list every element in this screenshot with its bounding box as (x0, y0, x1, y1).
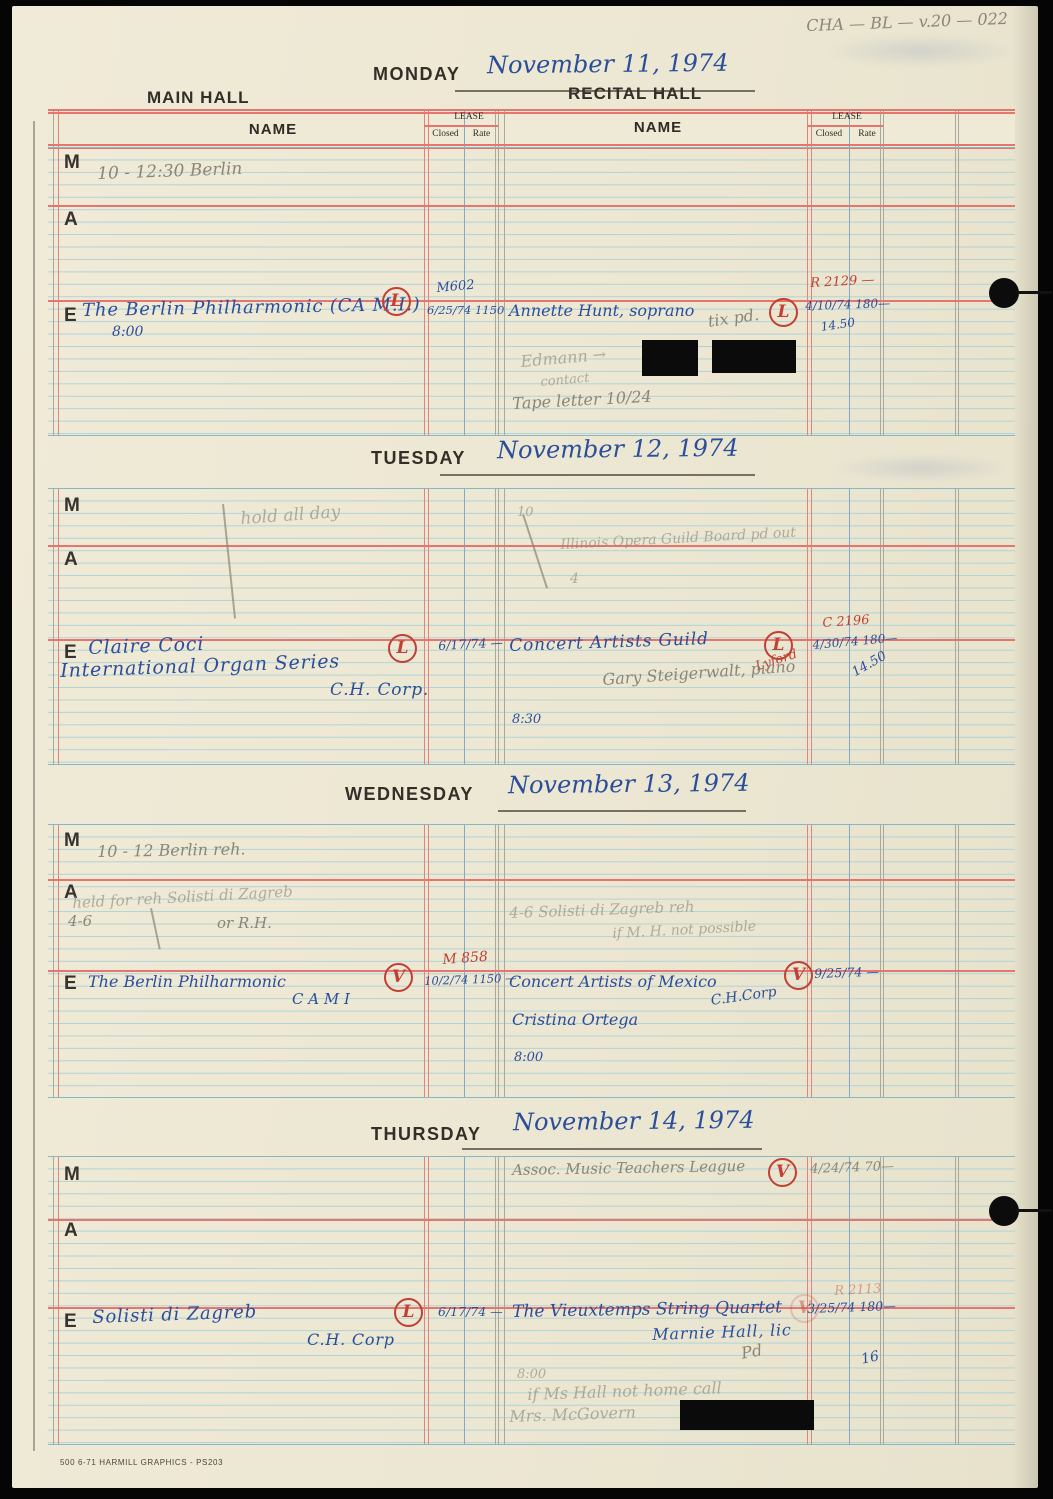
ink-bleed-smudge (822, 34, 1022, 68)
note-or-rh: or R.H. (217, 916, 272, 931)
day-name: THURSDAY (371, 1124, 481, 1145)
entry-cristina-ortega: Cristina Ortega (512, 1012, 638, 1028)
scanned-ledger-page: CHA — BL — v.20 — 022 MONDAY November 11… (0, 0, 1053, 1499)
lease-date: 9/25/74 — (814, 966, 879, 981)
lease-mark-V: V (784, 961, 813, 990)
time-note: 8:30 (512, 713, 541, 726)
lease-date: 6/25/74 1150 (427, 305, 504, 317)
lease-date: 6/17/74 — (438, 637, 503, 653)
lease-mark-V: V (768, 1158, 797, 1187)
recital-hall-label: RECITAL HALL (568, 84, 702, 104)
redaction (680, 1400, 814, 1430)
page-edge-shadow (1012, 6, 1038, 1488)
lease-code-red: R 2129 — (810, 274, 875, 290)
day-date-handwritten: November 13, 1974 (508, 769, 750, 800)
lease-date: 6/17/74 — (438, 1306, 503, 1319)
punch-slit (1016, 1209, 1052, 1212)
row-label-morning: M (64, 1164, 80, 1186)
lease-mark-L: L (388, 634, 417, 663)
note-4-6: 4-6 (68, 914, 92, 929)
day-name: MONDAY (373, 64, 460, 85)
entry-ch-corp: C.H. Corp (307, 1332, 395, 1348)
main-hall-label: MAIN HALL (147, 88, 249, 108)
date-underline (462, 1148, 762, 1150)
note-berlin-reh-wed: 10 - 12 Berlin reh. (97, 841, 246, 860)
entry-music-teachers-league: Assoc. Music Teachers League (512, 1159, 745, 1178)
day-date-handwritten: November 11, 1974 (487, 49, 729, 80)
row-label-afternoon: A (64, 1220, 78, 1242)
page-edge-shadow (33, 121, 35, 1451)
punch-hole (989, 1196, 1019, 1226)
row-label-morning: M (64, 495, 80, 517)
row-label-afternoon: A (64, 549, 78, 571)
rate-column-header: Rate (851, 129, 883, 139)
entry-berlin-philharmonic-wed: The Berlin Philharmonic (88, 974, 286, 990)
lease-code: M602 (436, 279, 475, 295)
name-column-header: NAME (603, 119, 713, 136)
closed-column-header: Closed (427, 129, 464, 139)
entry-vieuxtemps-quartet: The Vieuxtemps String Quartet (512, 1299, 782, 1321)
lease-date: 3/25/74 180— (807, 1300, 896, 1316)
lease-date: 4/10/74 180— (805, 297, 890, 312)
lease-mark-L: L (382, 287, 411, 316)
column-header-row: NAME LEASE Closed Rate NAME LEASE Closed… (48, 109, 1015, 147)
redaction (712, 340, 796, 373)
lease-mark-L: L (394, 1298, 423, 1327)
lease-code-red: C 2196 (822, 614, 870, 630)
punch-slit (1016, 291, 1052, 294)
lease-mark-L: L (769, 298, 798, 327)
ink-bleed-smudge (832, 454, 1012, 482)
row-label-afternoon: A (64, 209, 78, 231)
date-underline (440, 474, 755, 476)
entry-ch-corp: C.H. Corp. (330, 682, 429, 699)
volume-reference-note: CHA — BL — v.20 — 022 (806, 11, 1008, 34)
lease-date: 4/24/74 70— (810, 1160, 894, 1176)
closed-column-header: Closed (810, 129, 848, 139)
entry-concert-artists-mexico: Concert Artists of Mexico (509, 974, 717, 990)
time-note: 8:00 (517, 1368, 546, 1381)
row-label-evening: E (64, 305, 77, 327)
row-label-morning: M (64, 152, 80, 174)
day-name: WEDNESDAY (345, 784, 474, 805)
redaction (642, 340, 698, 376)
note-call-2: Mrs. McGovern (509, 1405, 636, 1425)
printer-mark: 500 6-71 HARMILL GRAPHICS - PS203 (60, 1458, 223, 1467)
paper: CHA — BL — v.20 — 022 MONDAY November 11… (12, 6, 1038, 1488)
note-4: 4 (570, 572, 579, 586)
note-pd: Pd (740, 1342, 763, 1361)
name-column-header: NAME (198, 121, 348, 138)
entry-annette-hunt: Annette Hunt, soprano (509, 303, 694, 319)
lease-mark-V: V (384, 963, 413, 992)
entry-cami: C A M I (292, 992, 350, 1007)
note-berlin-rehearsal-mon: 10 - 12:30 Berlin (97, 161, 243, 183)
lease-code-red: M 858 (442, 950, 488, 967)
row-label-evening: E (64, 1311, 77, 1333)
row-label-morning: M (64, 830, 80, 852)
punch-hole (989, 278, 1019, 308)
lease-rate: 16 (860, 1349, 880, 1366)
day-name: TUESDAY (371, 448, 466, 469)
day-date-handwritten: November 14, 1974 (513, 1106, 755, 1137)
lease-code-red: R 2113 (834, 1283, 882, 1298)
time-note: 8:00 (112, 325, 143, 339)
day-date-handwritten: November 12, 1974 (497, 434, 739, 465)
row-label-evening: E (64, 973, 77, 995)
lease-column-header: LEASE (816, 112, 878, 122)
lease-column-header: LEASE (440, 112, 498, 122)
rate-column-header: Rate (465, 129, 498, 139)
date-underline (498, 810, 746, 812)
time-note: 8:00 (514, 1051, 543, 1064)
